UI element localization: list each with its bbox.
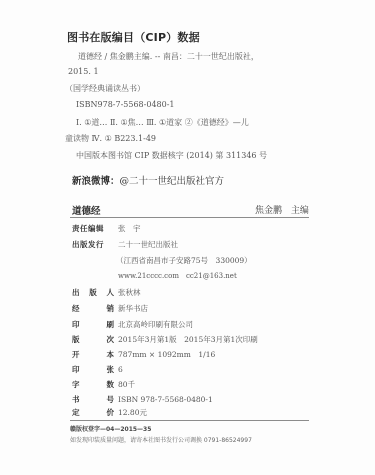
cip-line-classification-cont: 童读物 Ⅳ. ① B223.1-49 bbox=[65, 133, 156, 144]
value-distributor: 新华书店 bbox=[118, 303, 148, 314]
label-char: 刷 bbox=[107, 319, 115, 330]
label-char: 经 bbox=[72, 303, 80, 314]
row-publisher: 出版发行 二十一世纪出版社 bbox=[72, 237, 178, 251]
label-publisher-person: 出 版 人 bbox=[72, 287, 118, 298]
cip-heading: 图书在版编目（CIP）数据 bbox=[67, 29, 200, 45]
value-publisher-person: 张秋林 bbox=[118, 287, 141, 298]
row-word-count: 字 数 80千 bbox=[72, 377, 135, 391]
label-char: 印 bbox=[72, 364, 80, 375]
row-isbn: 书 号 ISBN 978-7-5568-0480-1 bbox=[72, 392, 213, 406]
value-publisher: 二十一世纪出版社 bbox=[118, 239, 178, 250]
label-char: 版 bbox=[89, 287, 97, 298]
label-char: 价 bbox=[107, 407, 115, 418]
label-char: 书 bbox=[72, 394, 80, 405]
value-word-count: 80千 bbox=[118, 379, 135, 390]
quality-notice: 如发现印装质量问题，请寄本社图书发行公司调换 0791-86524997 bbox=[70, 435, 252, 444]
label-char: 销 bbox=[107, 303, 115, 314]
cip-line-classification: Ⅰ. ①道… Ⅱ. ①焦… Ⅲ. ①道家 ②《道德经》—儿 bbox=[76, 117, 249, 128]
label-isbn: 书 号 bbox=[72, 394, 118, 405]
label-edition: 版 次 bbox=[72, 334, 118, 345]
label-sheets: 印 张 bbox=[72, 364, 118, 375]
value-printer: 北京高岭印刷有限公司 bbox=[118, 319, 193, 330]
value-publisher-web: www.21cccc.com cc21@163.net bbox=[118, 271, 237, 281]
weibo-label: 新浪微博： bbox=[72, 176, 120, 187]
row-edition: 版 次 2015年3月第1版 2015年3月第1次印刷 bbox=[72, 332, 258, 346]
label-char: 张 bbox=[107, 364, 115, 375]
row-format: 开 本 787mm × 1092mm 1/16 bbox=[72, 347, 215, 361]
value-price: 12.80元 bbox=[118, 407, 147, 418]
label-char: 本 bbox=[107, 349, 115, 360]
value-editor: 张 宇 bbox=[118, 223, 141, 234]
value-publisher-address: （江西省南昌市子安路75号 330009） bbox=[116, 255, 252, 266]
cip-line-isbn: ISBN978-7-5568-0480-1 bbox=[76, 100, 175, 109]
label-format: 开 本 bbox=[72, 349, 118, 360]
value-isbn: ISBN 978-7-5568-0480-1 bbox=[118, 395, 213, 404]
book-author: 焦金鹏 主编 bbox=[255, 203, 309, 216]
label-char: 次 bbox=[107, 334, 115, 345]
label-price: 定 价 bbox=[72, 407, 118, 418]
label-word-count: 字 数 bbox=[72, 379, 118, 390]
weibo-handle: @二十一世纪出版社官方 bbox=[120, 176, 225, 187]
label-char: 定 bbox=[72, 407, 80, 418]
label-char: 印 bbox=[72, 319, 80, 330]
row-publisher-address: （江西省南昌市子安路75号 330009） bbox=[116, 253, 252, 267]
row-printer: 印 刷 北京高岭印刷有限公司 bbox=[72, 317, 193, 331]
label-publisher: 出版发行 bbox=[72, 239, 118, 250]
label-distributor: 经 销 bbox=[72, 303, 118, 314]
book-title: 道德经 bbox=[72, 203, 101, 217]
label-char: 字 bbox=[72, 379, 80, 390]
value-sheets: 6 bbox=[118, 365, 123, 374]
row-editor: 责任编辑 张 宇 bbox=[72, 221, 141, 235]
label-char: 版 bbox=[72, 334, 80, 345]
row-publisher-person: 出 版 人 张秋林 bbox=[72, 285, 141, 299]
label-printer: 印 刷 bbox=[72, 319, 118, 330]
cip-line-record-number: 中国版本图书馆 CIP 数据核字 (2014) 第 311346 号 bbox=[76, 150, 267, 161]
copyright-registration: 赣版权登字—04—2015—35 bbox=[70, 424, 151, 433]
row-sheets: 印 张 6 bbox=[72, 362, 123, 376]
label-char: 号 bbox=[107, 394, 115, 405]
cip-line-2: 2015. 1 bbox=[68, 67, 99, 76]
cip-line-1: 道德经 / 焦金鹏主编. -- 南昌：二十一世纪出版社， bbox=[78, 51, 259, 62]
label-char: 数 bbox=[107, 379, 115, 390]
row-publisher-web: www.21cccc.com cc21@163.net bbox=[118, 269, 237, 283]
row-price: 定 价 12.80元 bbox=[72, 405, 147, 419]
row-distributor: 经 销 新华书店 bbox=[72, 301, 148, 315]
label-editor: 责任编辑 bbox=[72, 223, 118, 234]
weibo-line: 新浪微博：@二十一世纪出版社官方 bbox=[72, 173, 224, 187]
value-edition: 2015年3月第1版 2015年3月第1次印刷 bbox=[118, 334, 258, 345]
label-char: 出 bbox=[72, 287, 80, 298]
copyright-page: 图书在版编目（CIP）数据 道德经 / 焦金鹏主编. -- 南昌：二十一世纪出版… bbox=[0, 0, 375, 475]
label-char: 开 bbox=[72, 349, 80, 360]
divider-top bbox=[70, 217, 309, 218]
label-char: 人 bbox=[107, 287, 115, 298]
cip-line-3: （国学经典诵读丛书） bbox=[65, 83, 145, 94]
value-format: 787mm × 1092mm 1/16 bbox=[118, 349, 215, 360]
divider-bottom bbox=[70, 420, 309, 421]
